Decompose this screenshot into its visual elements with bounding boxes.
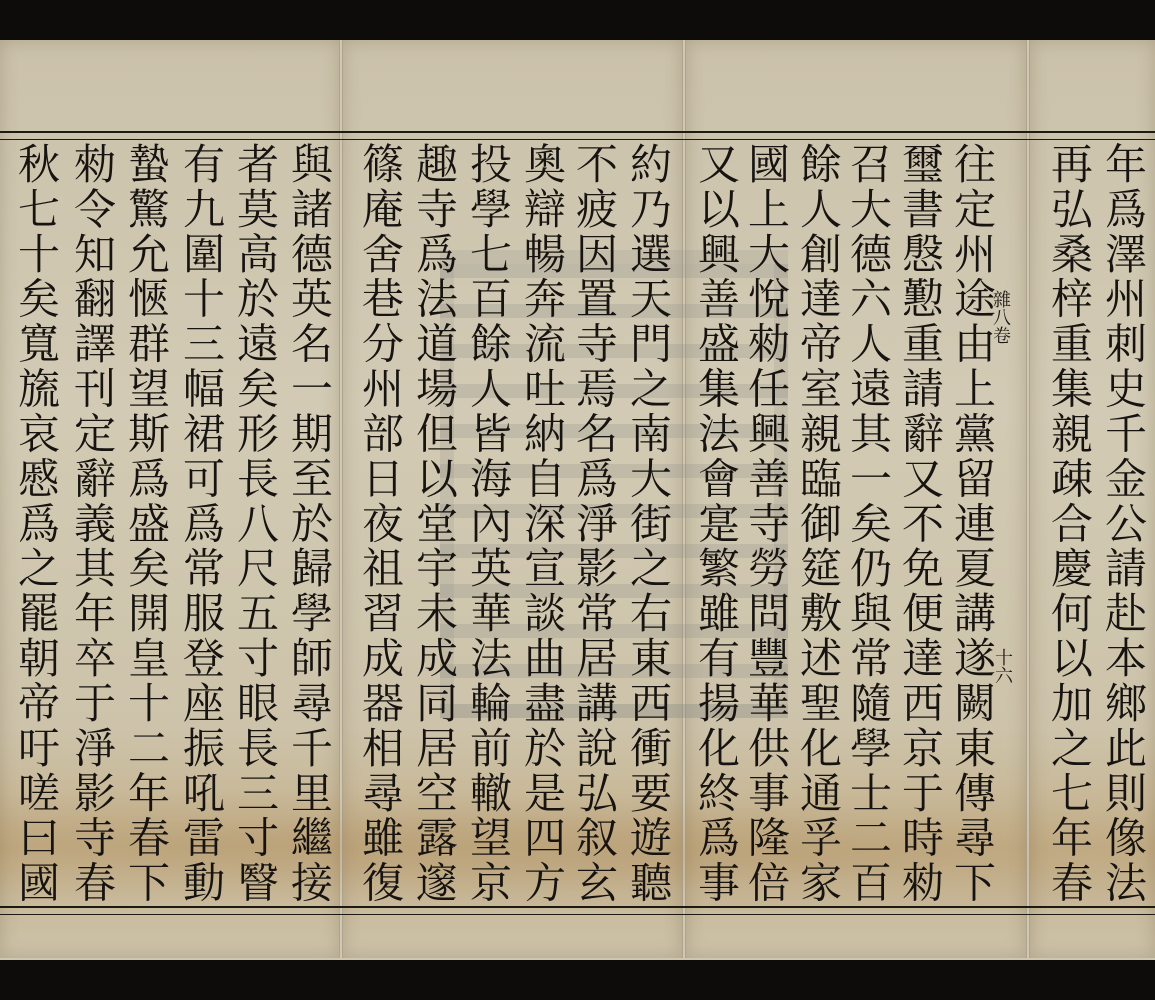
- page-fold: [682, 40, 686, 958]
- text-column: 往定州途由上黨留連夏講遂闕東傳尋下: [946, 142, 998, 904]
- text-column: 奧辯暢奔流吐納自深宣談曲盡於是四方: [516, 142, 568, 904]
- bottom-border-rule: [0, 906, 1155, 915]
- top-border-rule: [0, 131, 1155, 140]
- text-column: 又以興善盛集法會寔繁雖有揚化終爲事: [690, 142, 742, 904]
- text-column: 有九圍十三幅裙可爲常服登座振吼雷動: [175, 142, 227, 904]
- text-column: 餘人創達帝室親臨御筵敷述聖化通孚家: [792, 142, 844, 904]
- text-column: 篠庵舍巷分州部日夜祖習成器相尋雖復: [354, 142, 406, 904]
- text-column: 與諸德英名一期至於歸學師尋千里繼接: [283, 142, 335, 904]
- text-column: 趣寺爲法道場但以堂宇未成同居空露邃: [408, 142, 460, 904]
- text-column: 國上大悅勑任興善寺勞問豐華供事隆倍: [740, 142, 792, 904]
- page-fold: [1026, 40, 1030, 958]
- text-column: 年爲澤州刺史千金公請赴本鄉此則像法: [1097, 142, 1149, 904]
- text-column: 不疲因置寺焉名爲淨影常居講說弘叙玄: [568, 142, 620, 904]
- text-column: 璽書慇懃重請辭又不免便達西京于時勑: [894, 142, 946, 904]
- text-column: 投學七百餘人皆海內英華法輪前轍望京: [462, 142, 514, 904]
- text-column: 召大德六人遠其一矣仍與常隨學士二百: [842, 142, 894, 904]
- text-column: 再弘桑梓重集親疎合慶何以加之七年春: [1043, 142, 1095, 904]
- text-column: 者莫高於遠矣形長八尺五寸眼長三寸瞖: [229, 142, 281, 904]
- text-column: 蟄驚允愜群望斯爲盛矣開皇十二年春下: [120, 142, 172, 904]
- text-column: 勑令知翻譯刊定辭義其年卒于淨影寺春: [66, 142, 118, 904]
- text-column: 約乃選天門之南大街之右東西衝要遊聽: [622, 142, 674, 904]
- page-fold: [339, 40, 343, 958]
- text-column: 秋七十矣寬旒哀慼爲之罷朝帝吁嗟曰國: [10, 142, 62, 904]
